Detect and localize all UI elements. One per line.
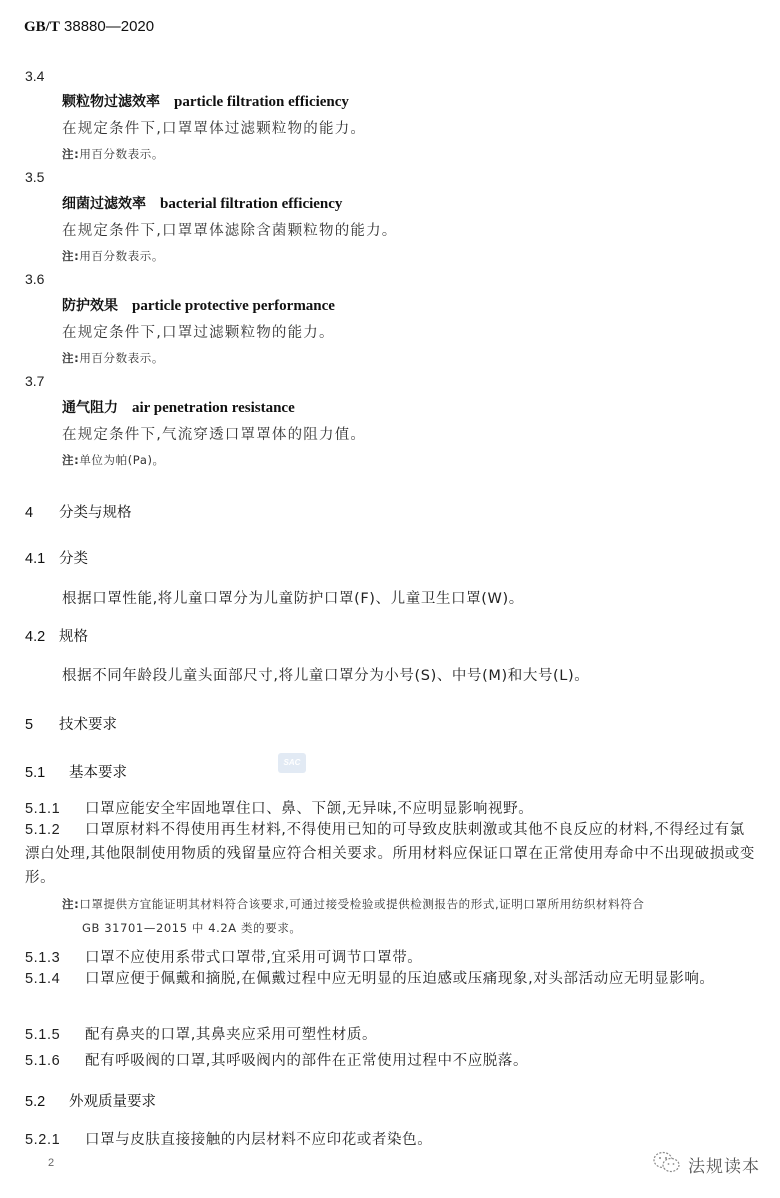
term-number: 3.7: [25, 373, 44, 389]
subsection-number: 4.2: [25, 629, 59, 645]
clause: 5.2.1口罩与皮肤直接接触的内层材料不应印花或者染色。: [25, 1128, 432, 1149]
clause-text: 口罩应能安全牢固地罩住口、鼻、下颌,无异味,不应明显影响视野。: [85, 801, 533, 817]
term-note: 注:单位为帕(Pa)。: [62, 452, 165, 468]
subsection-heading: 4.1分类: [25, 547, 88, 568]
note-text: 用百分数表示。: [79, 249, 164, 263]
clause: 5.1.5配有鼻夹的口罩,其鼻夹应采用可塑性材质。: [25, 1023, 377, 1044]
clause-number: 5.1.5: [25, 1027, 85, 1043]
subsection-number: 5.2: [25, 1094, 69, 1110]
note-text: 口罩提供方宜能证明其材料符合该要求,可通过接受检验或提供检测报告的形式,证明口罩…: [79, 897, 644, 911]
term-number: 3.4: [25, 68, 44, 84]
term-note: 注:用百分数表示。: [62, 248, 164, 264]
paragraph: 根据口罩性能,将儿童口罩分为儿童防护口罩(F)、儿童卫生口罩(W)。: [62, 587, 524, 608]
subsection-title: 规格: [59, 629, 88, 645]
subsection-number: 5.1: [25, 765, 69, 781]
section-heading: 4分类与规格: [25, 501, 132, 522]
note-text: 用百分数表示。: [79, 351, 164, 365]
standard-number: 38880—2020: [64, 18, 154, 35]
subsection-title: 分类: [59, 551, 88, 567]
clause-text: 口罩与皮肤直接接触的内层材料不应印花或者染色。: [85, 1132, 432, 1148]
term-title-en: particle filtration efficiency: [174, 94, 349, 110]
section-title: 技术要求: [59, 717, 117, 733]
subsection-heading: 5.1基本要求: [25, 761, 127, 782]
standard-header: GB/T 38880—2020: [24, 18, 154, 36]
term-title-en: air penetration resistance: [132, 400, 295, 416]
page-number: 2: [48, 1157, 54, 1169]
clause: 5.1.6配有呼吸阀的口罩,其呼吸阀内的部件在正常使用过程中不应脱落。: [25, 1049, 528, 1070]
term-note: 注:用百分数表示。: [62, 350, 164, 366]
term-note: 注:用百分数表示。: [62, 146, 164, 162]
note-text: 用百分数表示。: [79, 147, 164, 161]
clause-number: 5.1.3: [25, 950, 85, 966]
clause-text: 口罩应便于佩戴和摘脱,在佩戴过程中应无明显的压迫感或压痛现象,对头部活动应无明显…: [85, 971, 715, 987]
paragraph: 根据不同年龄段儿童头面部尺寸,将儿童口罩分为小号(S)、中号(M)和大号(L)。: [62, 664, 589, 685]
note-label: 注:: [62, 897, 79, 911]
standard-prefix: GB/T: [24, 19, 60, 35]
term-title: 防护效果particle protective performance: [62, 295, 335, 315]
clause-number: 5.2.1: [25, 1132, 85, 1148]
term-title: 颗粒物过滤效率particle filtration efficiency: [62, 91, 349, 111]
wechat-brand: 法规读本: [652, 1150, 760, 1178]
term-definition: 在规定条件下,口罩罩体滤除含菌颗粒物的能力。: [62, 219, 398, 240]
clause: 5.1.1口罩应能安全牢固地罩住口、鼻、下颌,无异味,不应明显影响视野。: [25, 797, 533, 818]
section-number: 4: [25, 505, 59, 521]
note-label: 注:: [62, 351, 79, 365]
term-number: 3.6: [25, 271, 44, 287]
clause: 5.1.3口罩不应使用系带式口罩带,宜采用可调节口罩带。: [25, 946, 422, 967]
clause-text: 配有呼吸阀的口罩,其呼吸阀内的部件在正常使用过程中不应脱落。: [85, 1053, 528, 1069]
subsection-title: 外观质量要求: [69, 1094, 156, 1110]
note-text: 单位为帕(Pa)。: [79, 453, 164, 467]
clause-number: 5.1.6: [25, 1053, 85, 1069]
term-title-zh: 颗粒物过滤效率: [62, 94, 160, 110]
clause-number: 5.1.1: [25, 801, 85, 817]
section-title: 分类与规格: [59, 505, 132, 521]
term-definition: 在规定条件下,口罩罩体过滤颗粒物的能力。: [62, 117, 366, 138]
note-label: 注:: [62, 147, 79, 161]
term-title-zh: 防护效果: [62, 298, 118, 314]
term-title: 通气阻力air penetration resistance: [62, 397, 295, 417]
clause-note: 注:口罩提供方宜能证明其材料符合该要求,可通过接受检验或提供检测报告的形式,证明…: [62, 896, 644, 912]
clause: 5.1.2口罩原材料不得使用再生材料,不得使用已知的可导致皮肤刺激或其他不良反应…: [25, 818, 755, 890]
term-title: 细菌过滤效率bacterial filtration efficiency: [62, 193, 342, 213]
term-title-en: bacterial filtration efficiency: [160, 196, 342, 212]
brand-label: 法规读本: [688, 1152, 760, 1177]
clause-text: 配有鼻夹的口罩,其鼻夹应采用可塑性材质。: [85, 1027, 377, 1043]
wechat-icon: [652, 1150, 682, 1178]
term-definition: 在规定条件下,气流穿透口罩罩体的阻力值。: [62, 423, 366, 444]
term-definition: 在规定条件下,口罩过滤颗粒物的能力。: [62, 321, 335, 342]
term-number: 3.5: [25, 169, 44, 185]
clause: 5.1.4口罩应便于佩戴和摘脱,在佩戴过程中应无明显的压迫感或压痛现象,对头部活…: [25, 967, 755, 991]
term-title-zh: 细菌过滤效率: [62, 196, 146, 212]
subsection-number: 4.1: [25, 551, 59, 567]
subsection-heading: 5.2外观质量要求: [25, 1090, 156, 1111]
section-heading: 5技术要求: [25, 713, 117, 734]
subsection-title: 基本要求: [69, 765, 127, 781]
clause-number: 5.1.2: [25, 818, 85, 842]
subsection-heading: 4.2规格: [25, 625, 88, 646]
note-label: 注:: [62, 453, 79, 467]
section-number: 5: [25, 717, 59, 733]
term-title-en: particle protective performance: [132, 298, 335, 314]
note-label: 注:: [62, 249, 79, 263]
sac-watermark-logo: SAC: [278, 753, 306, 773]
term-title-zh: 通气阻力: [62, 400, 118, 416]
clause-text: 口罩不应使用系带式口罩带,宜采用可调节口罩带。: [85, 950, 422, 966]
clause-number: 5.1.4: [25, 967, 85, 991]
clause-note-continuation: GB 31701—2015 中 4.2A 类的要求。: [82, 920, 302, 936]
clause-text: 口罩原材料不得使用再生材料,不得使用已知的可导致皮肤刺激或其他不良反应的材料,不…: [25, 822, 755, 886]
